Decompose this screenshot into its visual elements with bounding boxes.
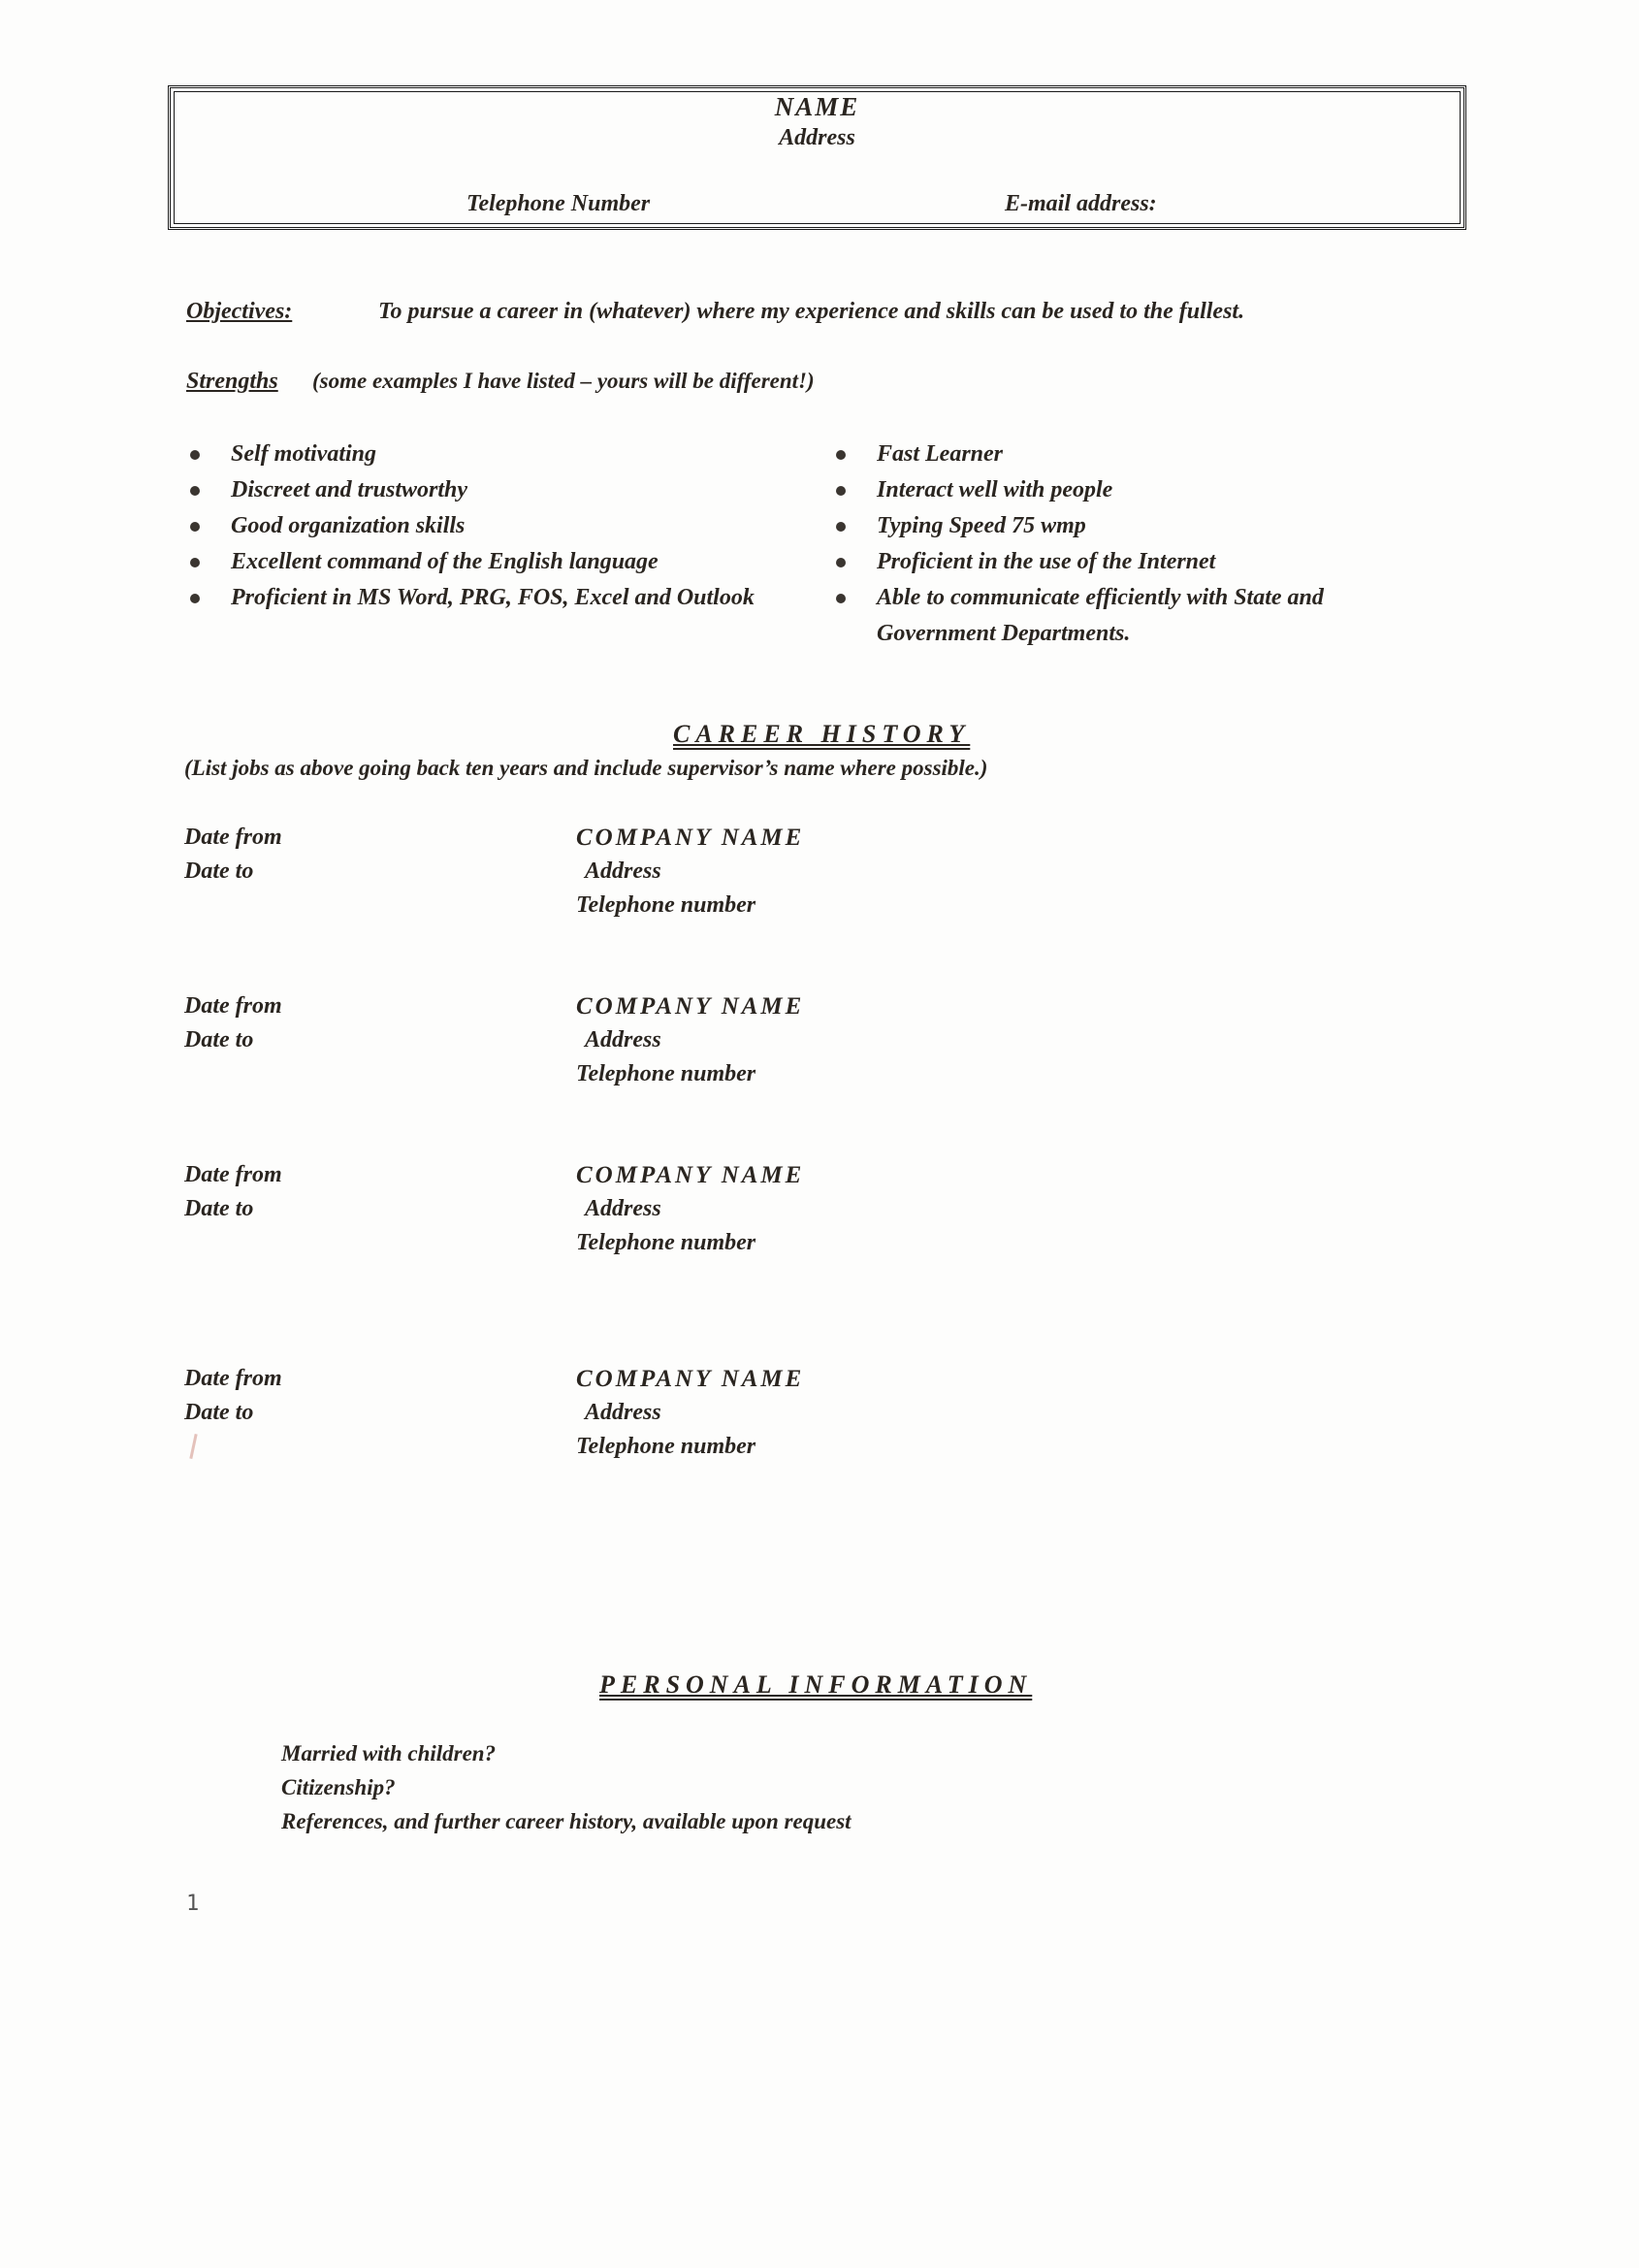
header-address: Address bbox=[171, 125, 1463, 151]
strength-item: Good organization skills bbox=[184, 508, 786, 544]
header-telephone: Telephone Number bbox=[466, 191, 650, 217]
job-company-name: COMPANY NAME bbox=[576, 825, 804, 852]
job-company-name: COMPANY NAME bbox=[576, 1366, 804, 1393]
header-email: E-mail address: bbox=[1005, 191, 1157, 217]
strengths-list-left: Self motivating Discreet and trustworthy… bbox=[184, 437, 786, 616]
objectives-label: Objectives: bbox=[186, 299, 292, 325]
job-date-to: Date to bbox=[184, 1400, 253, 1426]
job-date-to: Date to bbox=[184, 1027, 253, 1053]
job-company-name: COMPANY NAME bbox=[576, 1162, 804, 1189]
job-telephone: Telephone number bbox=[576, 1434, 755, 1460]
personal-line: Married with children? bbox=[281, 1736, 852, 1770]
objectives-text: To pursue a career in (whatever) where m… bbox=[378, 299, 1244, 325]
job-date-from: Date from bbox=[184, 1162, 282, 1188]
job-telephone: Telephone number bbox=[576, 1061, 755, 1087]
strength-item: Able to communicate efficiently with Sta… bbox=[830, 580, 1373, 652]
personal-line: Citizenship? bbox=[281, 1770, 852, 1804]
job-entry: Date from Date to COMPANY NAME Address T… bbox=[184, 1162, 960, 1269]
strength-item: Fast Learner bbox=[830, 437, 1373, 472]
job-telephone: Telephone number bbox=[576, 892, 755, 919]
strengths-list-right: Fast Learner Interact well with people T… bbox=[830, 437, 1373, 652]
strength-item: Proficient in the use of the Internet bbox=[830, 544, 1373, 580]
page-number: 1 bbox=[186, 1892, 199, 1916]
job-date-from: Date from bbox=[184, 993, 282, 1020]
job-company-name: COMPANY NAME bbox=[576, 993, 804, 1021]
job-date-to: Date to bbox=[184, 859, 253, 885]
personal-info-lines: Married with children? Citizenship? Refe… bbox=[281, 1736, 852, 1838]
job-telephone: Telephone number bbox=[576, 1230, 755, 1256]
strength-item: Proficient in MS Word, PRG, FOS, Excel a… bbox=[184, 580, 786, 616]
header-name: NAME bbox=[171, 92, 1463, 122]
job-entry: Date from Date to COMPANY NAME Address T… bbox=[184, 1366, 960, 1473]
personal-info-title: PERSONAL INFORMATION bbox=[599, 1670, 1032, 1700]
strengths-label: Strengths bbox=[186, 369, 278, 395]
job-address: Address bbox=[585, 859, 661, 885]
job-address: Address bbox=[585, 1027, 661, 1053]
strength-item: Discreet and trustworthy bbox=[184, 472, 786, 508]
strength-item: Typing Speed 75 wmp bbox=[830, 508, 1373, 544]
career-history-note: (List jobs as above going back ten years… bbox=[184, 756, 987, 781]
job-address: Address bbox=[585, 1196, 661, 1222]
strength-item: Interact well with people bbox=[830, 472, 1373, 508]
job-date-to: Date to bbox=[184, 1196, 253, 1222]
job-address: Address bbox=[585, 1400, 661, 1426]
job-entry: Date from Date to COMPANY NAME Address T… bbox=[184, 993, 960, 1100]
job-date-from: Date from bbox=[184, 1366, 282, 1392]
job-date-from: Date from bbox=[184, 825, 282, 851]
career-history-title: CAREER HISTORY bbox=[673, 720, 970, 749]
strengths-note: (some examples I have listed – yours wil… bbox=[312, 369, 815, 394]
header-box: NAME Address Telephone Number E-mail add… bbox=[168, 85, 1466, 230]
job-entry: Date from Date to COMPANY NAME Address T… bbox=[184, 825, 960, 931]
personal-line: References, and further career history, … bbox=[281, 1804, 852, 1838]
strength-item: Self motivating bbox=[184, 437, 786, 472]
strength-item: Excellent command of the English languag… bbox=[184, 544, 786, 580]
